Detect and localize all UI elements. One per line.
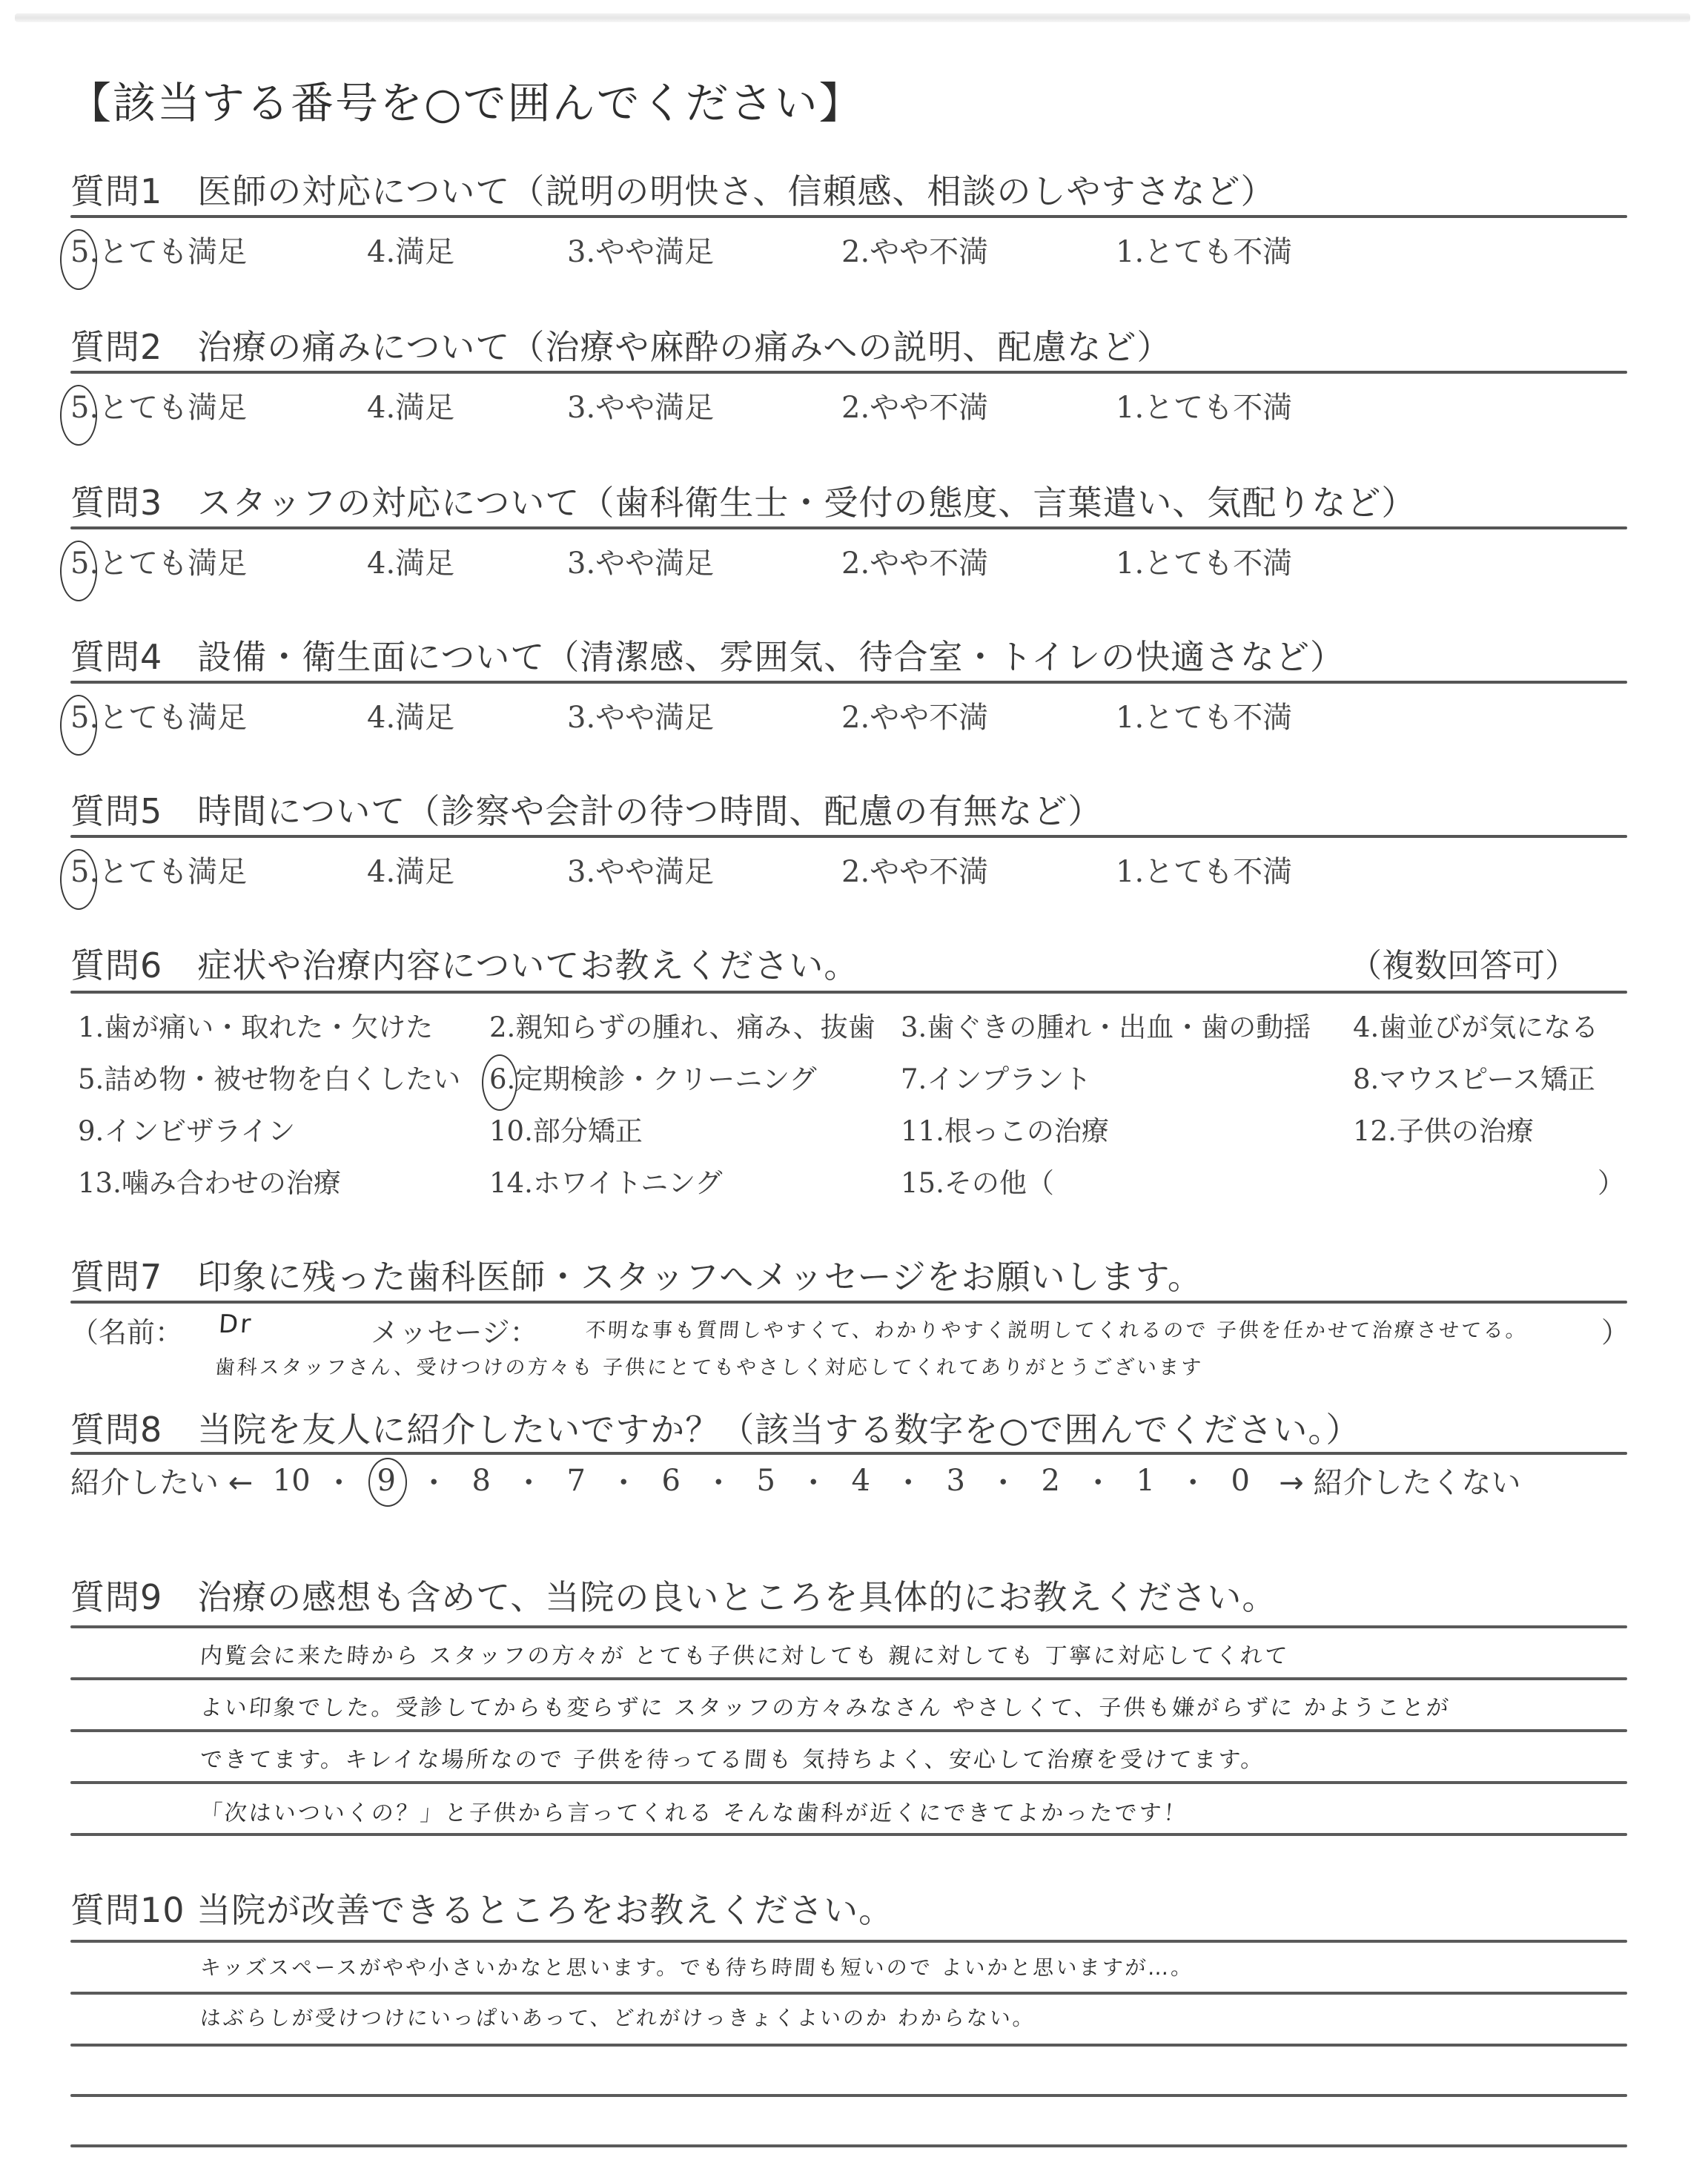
scale-7[interactable]: 7 — [552, 1464, 600, 1498]
q3-option-2-num: 2. — [841, 546, 870, 581]
q6-option-4-text: 歯並びが気になる — [1379, 1011, 1598, 1043]
q4-option-4[interactable]: 4.満足 — [367, 694, 454, 736]
q6-option-10-num: 10. — [489, 1115, 533, 1147]
scale-separator: ・ — [410, 1459, 457, 1502]
question-8-title: 質問8 当院を友人に紹介したいですか？（該当する数字を○で囲んでください。） — [70, 1403, 1360, 1452]
question-4-rule — [70, 681, 1627, 684]
message-line-2[interactable]: 歯科スタッフさん、受けつけの方々も 子供にとてもやさしく対応してくれてありがとう… — [214, 1351, 1205, 1380]
q6-option-6[interactable]: 6.定期検診・クリーニング — [489, 1057, 817, 1097]
q2-option-4-text: 満足 — [395, 391, 454, 425]
q1-option-4-text: 満足 — [395, 235, 454, 269]
q3-option-1-num: 1. — [1116, 546, 1144, 581]
q5-option-4-num: 4. — [367, 855, 395, 889]
q3-option-2-text: やや不満 — [870, 546, 988, 581]
question-3-title: 質問3 スタッフの対応について（歯科衛生士・受付の態度、言葉遣い、気配りなど） — [70, 476, 1416, 525]
q6-option-1[interactable]: 1.歯が痛い・取れた・欠けた — [78, 1005, 433, 1045]
q2-option-1-text: とても不満 — [1144, 391, 1292, 425]
multiple-answers-note: （複数回答可） — [1349, 939, 1578, 986]
q3-option-4-num: 4. — [367, 546, 395, 581]
scale-separator: ・ — [695, 1459, 742, 1502]
q5-option-2-text: やや不満 — [870, 855, 988, 889]
q3-option-1[interactable]: 1.とても不満 — [1116, 540, 1292, 582]
q4-option-1[interactable]: 1.とても不満 — [1116, 694, 1292, 736]
q1-option-5[interactable]: 5.とても満足 — [70, 228, 247, 271]
q6-option-13[interactable]: 13.噛み合わせの治療 — [78, 1160, 341, 1200]
question-7-rule — [70, 1301, 1627, 1304]
q3-option-5[interactable]: 5.とても満足 — [70, 540, 247, 582]
q2-option-2-num: 2. — [841, 391, 870, 425]
q6-option-11-num: 11. — [901, 1115, 944, 1147]
q4-option-5-num: 5. — [70, 701, 99, 735]
q2-option-5-num: 5. — [70, 391, 99, 425]
scale-separator: ・ — [315, 1459, 363, 1502]
q9-answer-line-1[interactable]: 内覧会に来た時から スタッフの方々が とても子供に対しても 親に対しても 丁寧に… — [199, 1637, 1290, 1670]
q4-option-5[interactable]: 5.とても満足 — [70, 694, 247, 736]
q6-option-2[interactable]: 2.親知らずの腫れ、痛み、抜歯 — [489, 1005, 875, 1045]
q6-option-13-num: 13. — [78, 1167, 122, 1199]
question-2-options: 5.とても満足 4.満足 3.やや満足 2.やや不満 1.とても不満 — [70, 384, 1627, 429]
q1-option-2-num: 2. — [841, 235, 870, 269]
q3-option-5-text: とても満足 — [99, 546, 247, 581]
question-4-title: 質問4 設備・衛生面について（清潔感、雰囲気、待合室・トイレの快適さなど） — [70, 630, 1345, 679]
question-1-rule — [70, 215, 1627, 218]
scale-8[interactable]: 8 — [457, 1464, 505, 1498]
question-6-rule — [70, 991, 1627, 994]
q4-option-4-text: 満足 — [395, 701, 454, 735]
q6-option-9[interactable]: 9.インビザライン — [78, 1109, 295, 1149]
q6-option-5-text: 詰め物・被せ物を白くしたい — [104, 1063, 460, 1095]
answer-line — [70, 2094, 1627, 2097]
q6-option-7-num: 7. — [901, 1063, 927, 1095]
q2-option-4[interactable]: 4.満足 — [367, 384, 454, 426]
q3-option-1-text: とても不満 — [1144, 546, 1292, 581]
q1-option-1-num: 1. — [1116, 235, 1144, 269]
q5-option-5-num: 5. — [70, 855, 99, 889]
q6-option-8-text: マウスピース矯正 — [1379, 1063, 1595, 1095]
q4-option-1-text: とても不満 — [1144, 701, 1292, 735]
scale-5[interactable]: 5 — [742, 1464, 790, 1498]
q4-option-2-text: やや不満 — [870, 701, 988, 735]
question-1-title: 質問1 医師の対応について（説明の明快さ、信頼感、相談のしやすさなど） — [70, 165, 1276, 214]
q4-option-3-num: 3. — [567, 701, 595, 735]
q6-option-8-num: 8. — [1353, 1063, 1379, 1095]
q2-option-2-text: やや不満 — [870, 391, 988, 425]
q5-option-1-text: とても不満 — [1144, 855, 1292, 889]
q6-option-3[interactable]: 3.歯ぐきの腫れ・出血・歯の動揺 — [901, 1005, 1311, 1045]
q6-option-9-text: インビザライン — [104, 1115, 295, 1147]
q6-option-5[interactable]: 5.詰め物・被せ物を白くしたい — [78, 1057, 460, 1097]
scale-3[interactable]: 3 — [932, 1464, 979, 1498]
q10-answer-line-1[interactable]: キッズスペースがやや小さいかなと思います。でも待ち時間も短いので よいかと思いま… — [199, 1952, 1196, 1981]
q6-option-2-num: 2. — [489, 1011, 515, 1043]
question-2-title: 質問2 治療の痛みについて（治療や麻酔の痛みへの説明、配慮など） — [70, 320, 1171, 369]
q6-option-8[interactable]: 8.マウスピース矯正 — [1353, 1057, 1595, 1097]
q1-option-4[interactable]: 4.満足 — [367, 228, 454, 271]
q6-option-11-text: 根っこの治療 — [944, 1115, 1109, 1147]
q1-option-4-num: 4. — [367, 235, 395, 269]
q5-option-3[interactable]: 3.やや満足 — [567, 848, 714, 891]
q6-option-14-num: 14. — [489, 1167, 533, 1199]
q5-option-2-num: 2. — [841, 855, 870, 889]
question-2-rule — [70, 371, 1627, 374]
q6-option-4-num: 4. — [1353, 1011, 1379, 1043]
q1-option-2[interactable]: 2.やや不満 — [841, 228, 988, 271]
q6-option-2-text: 親知らずの腫れ、痛み、抜歯 — [515, 1011, 875, 1043]
answer-line — [70, 1729, 1627, 1732]
answer-line — [70, 1940, 1627, 1943]
q6-option-6-text: 定期検診・クリーニング — [515, 1063, 816, 1095]
q2-option-4-num: 4. — [367, 391, 395, 425]
q6-option-12[interactable]: 12.子供の治療 — [1353, 1109, 1534, 1149]
scale-separator: ・ — [1169, 1459, 1217, 1502]
q6-option-6-num: 6. — [489, 1063, 515, 1095]
q5-option-3-text: やや満足 — [595, 855, 714, 889]
q2-option-5-text: とても満足 — [99, 391, 247, 425]
q4-option-1-num: 1. — [1116, 701, 1144, 735]
q5-option-3-num: 3. — [567, 855, 595, 889]
q4-option-2[interactable]: 2.やや不満 — [841, 694, 988, 736]
q5-option-2[interactable]: 2.やや不満 — [841, 848, 988, 891]
answer-line — [70, 2044, 1627, 2047]
q6-option-14-text: ホワイトニング — [533, 1167, 723, 1199]
q9-answer-line-3[interactable]: できてます。キレイな場所なので 子供を待ってる間も 気持ちよく、安心して治療を受… — [199, 1741, 1266, 1774]
page-title: 【該当する番号を○で囲んでください】 — [68, 68, 864, 131]
question-7-title: 質問7 印象に残った歯科医師・スタッフへメッセージをお願いします。 — [70, 1250, 1202, 1299]
q4-option-5-text: とても満足 — [99, 701, 247, 735]
answer-line — [70, 1781, 1627, 1784]
q1-option-5-text: とても満足 — [99, 235, 247, 269]
q6-option-1-num: 1. — [78, 1011, 104, 1043]
q6-option-3-num: 3. — [901, 1011, 927, 1043]
question-5-title: 質問5 時間について（診察や会計の待つ時間、配慮の有無など） — [70, 785, 1102, 833]
q6-option-15-num: 15. — [901, 1167, 944, 1199]
scan-edge — [15, 13, 1690, 22]
question-4-options: 5.とても満足 4.満足 3.やや満足 2.やや不満 1.とても不満 — [70, 694, 1627, 739]
q6-option-3-text: 歯ぐきの腫れ・出血・歯の動揺 — [927, 1011, 1311, 1043]
q2-option-3[interactable]: 3.やや満足 — [567, 384, 714, 426]
scale-separator: ・ — [600, 1459, 647, 1502]
answer-line — [70, 1625, 1627, 1628]
scale-0[interactable]: 0 — [1217, 1464, 1264, 1498]
q6-option-9-num: 9. — [78, 1115, 104, 1147]
q5-option-1-num: 1. — [1116, 855, 1144, 889]
question-6-title: 質問6 症状や治療内容についてお教えください。 — [70, 939, 858, 988]
q3-option-4[interactable]: 4.満足 — [367, 540, 454, 582]
q9-answer-line-4[interactable]: 「次はいついくの？」と子供から言ってくれる そんな歯科が近くにできてよかったです… — [199, 1794, 1189, 1827]
recommend-scale: 紹介したい ← 10 ・ 9 ・ 8 ・ 7 ・ 6 ・ 5 ・ 4 ・ 3 ・… — [70, 1459, 1520, 1502]
q6-option-4[interactable]: 4.歯並びが気になる — [1353, 1005, 1598, 1045]
name-field-value[interactable]: Dr — [218, 1309, 254, 1339]
question-3-rule — [70, 526, 1627, 529]
scale-6[interactable]: 6 — [647, 1464, 695, 1498]
question-5-options: 5.とても満足 4.満足 3.やや満足 2.やや不満 1.とても不満 — [70, 848, 1627, 893]
q2-option-3-num: 3. — [567, 391, 595, 425]
question-10-title: 質問10 当院が改善できるところをお教えください。 — [70, 1883, 893, 1932]
q4-option-2-num: 2. — [841, 701, 870, 735]
q4-option-3[interactable]: 3.やや満足 — [567, 694, 714, 736]
scale-separator: ・ — [505, 1459, 552, 1502]
q3-option-3[interactable]: 3.やや満足 — [567, 540, 714, 582]
q10-answer-line-2[interactable]: はぶらしが受けつけにいっぱいあって、どれがけっきょくよいのか わからない。 — [199, 2002, 1037, 2032]
question-3-options: 5.とても満足 4.満足 3.やや満足 2.やや不満 1.とても不満 — [70, 540, 1627, 584]
q6-option-7[interactable]: 7.インプラント — [901, 1057, 1091, 1097]
scale-1[interactable]: 1 — [1122, 1464, 1169, 1498]
q3-option-4-text: 満足 — [395, 546, 454, 581]
scale-9[interactable]: 9 — [363, 1464, 410, 1498]
scale-separator: ・ — [884, 1459, 932, 1502]
q4-option-4-num: 4. — [367, 701, 395, 735]
q2-option-3-text: やや満足 — [595, 391, 714, 425]
recommend-left-label: 紹介したい ← — [70, 1459, 253, 1502]
q6-option-15[interactable]: 15.その他（ — [901, 1160, 1054, 1200]
q1-option-5-num: 5. — [70, 235, 99, 269]
q1-option-3-text: やや満足 — [595, 235, 714, 269]
q2-option-1[interactable]: 1.とても不満 — [1116, 384, 1292, 426]
answer-line — [70, 1677, 1627, 1680]
message-label: メッセージ： — [371, 1309, 538, 1350]
q6-option-5-num: 5. — [78, 1063, 104, 1095]
q5-option-1[interactable]: 1.とても不満 — [1116, 848, 1292, 891]
q6-other-close-paren: ） — [1598, 1160, 1625, 1200]
q6-option-10[interactable]: 10.部分矯正 — [489, 1109, 643, 1149]
q6-option-12-text: 子供の治療 — [1397, 1115, 1534, 1147]
q3-option-5-num: 5. — [70, 546, 99, 581]
recommend-right-label: → 紹介したくない — [1279, 1459, 1520, 1502]
q1-option-2-text: やや不満 — [870, 235, 988, 269]
answer-line — [70, 1833, 1627, 1836]
q2-option-5[interactable]: 5.とても満足 — [70, 384, 247, 426]
q5-option-4-text: 満足 — [395, 855, 454, 889]
answer-line — [70, 1992, 1627, 1995]
q2-option-2[interactable]: 2.やや不満 — [841, 384, 988, 426]
q5-option-5-text: とても満足 — [99, 855, 247, 889]
scale-separator: ・ — [979, 1459, 1027, 1502]
q9-answer-line-2[interactable]: よい印象でした。受診してからも変らずに スタッフの方々みなさん やさしくて、子供… — [199, 1689, 1452, 1722]
question-9-title: 質問9 治療の感想も含めて、当院の良いところを具体的にお教えください。 — [70, 1571, 1277, 1619]
q1-option-1[interactable]: 1.とても不満 — [1116, 228, 1292, 271]
question-1-options: 5.とても満足 4.満足 3.やや満足 2.やや不満 1.とても不満 — [70, 228, 1627, 273]
q1-option-3[interactable]: 3.やや満足 — [567, 228, 714, 271]
q6-option-14[interactable]: 14.ホワイトニング — [489, 1160, 723, 1200]
message-line-1[interactable]: 不明な事も質問しやすくて、わかりやすく説明してくれるので 子供を任かせて治療させ… — [585, 1314, 1529, 1343]
message-close-paren: ） — [1601, 1309, 1629, 1350]
q5-option-5[interactable]: 5.とても満足 — [70, 848, 247, 891]
name-label: （名前： — [70, 1309, 183, 1350]
q6-option-10-text: 部分矯正 — [533, 1115, 643, 1147]
answer-line — [70, 2144, 1627, 2147]
question-5-rule — [70, 835, 1627, 838]
q2-option-1-num: 1. — [1116, 391, 1144, 425]
scale-separator: ・ — [1074, 1459, 1122, 1502]
q5-option-4[interactable]: 4.満足 — [367, 848, 454, 891]
q6-option-15-text: その他（ — [944, 1167, 1054, 1199]
q6-option-7-text: インプラント — [927, 1063, 1091, 1095]
scale-10[interactable]: 10 — [268, 1464, 315, 1498]
q6-option-13-text: 噛み合わせの治療 — [122, 1167, 341, 1199]
scale-2[interactable]: 2 — [1027, 1464, 1074, 1498]
q3-option-3-text: やや満足 — [595, 546, 714, 581]
scale-4[interactable]: 4 — [837, 1464, 884, 1498]
q6-option-11[interactable]: 11.根っこの治療 — [901, 1109, 1109, 1149]
question-8-rule — [70, 1452, 1627, 1455]
scale-separator: ・ — [790, 1459, 837, 1502]
q6-option-1-text: 歯が痛い・取れた・欠けた — [104, 1011, 433, 1043]
q6-option-12-num: 12. — [1353, 1115, 1397, 1147]
q1-option-3-num: 3. — [567, 235, 595, 269]
q3-option-3-num: 3. — [567, 546, 595, 581]
q4-option-3-text: やや満足 — [595, 701, 714, 735]
q1-option-1-text: とても不満 — [1144, 235, 1292, 269]
q3-option-2[interactable]: 2.やや不満 — [841, 540, 988, 582]
